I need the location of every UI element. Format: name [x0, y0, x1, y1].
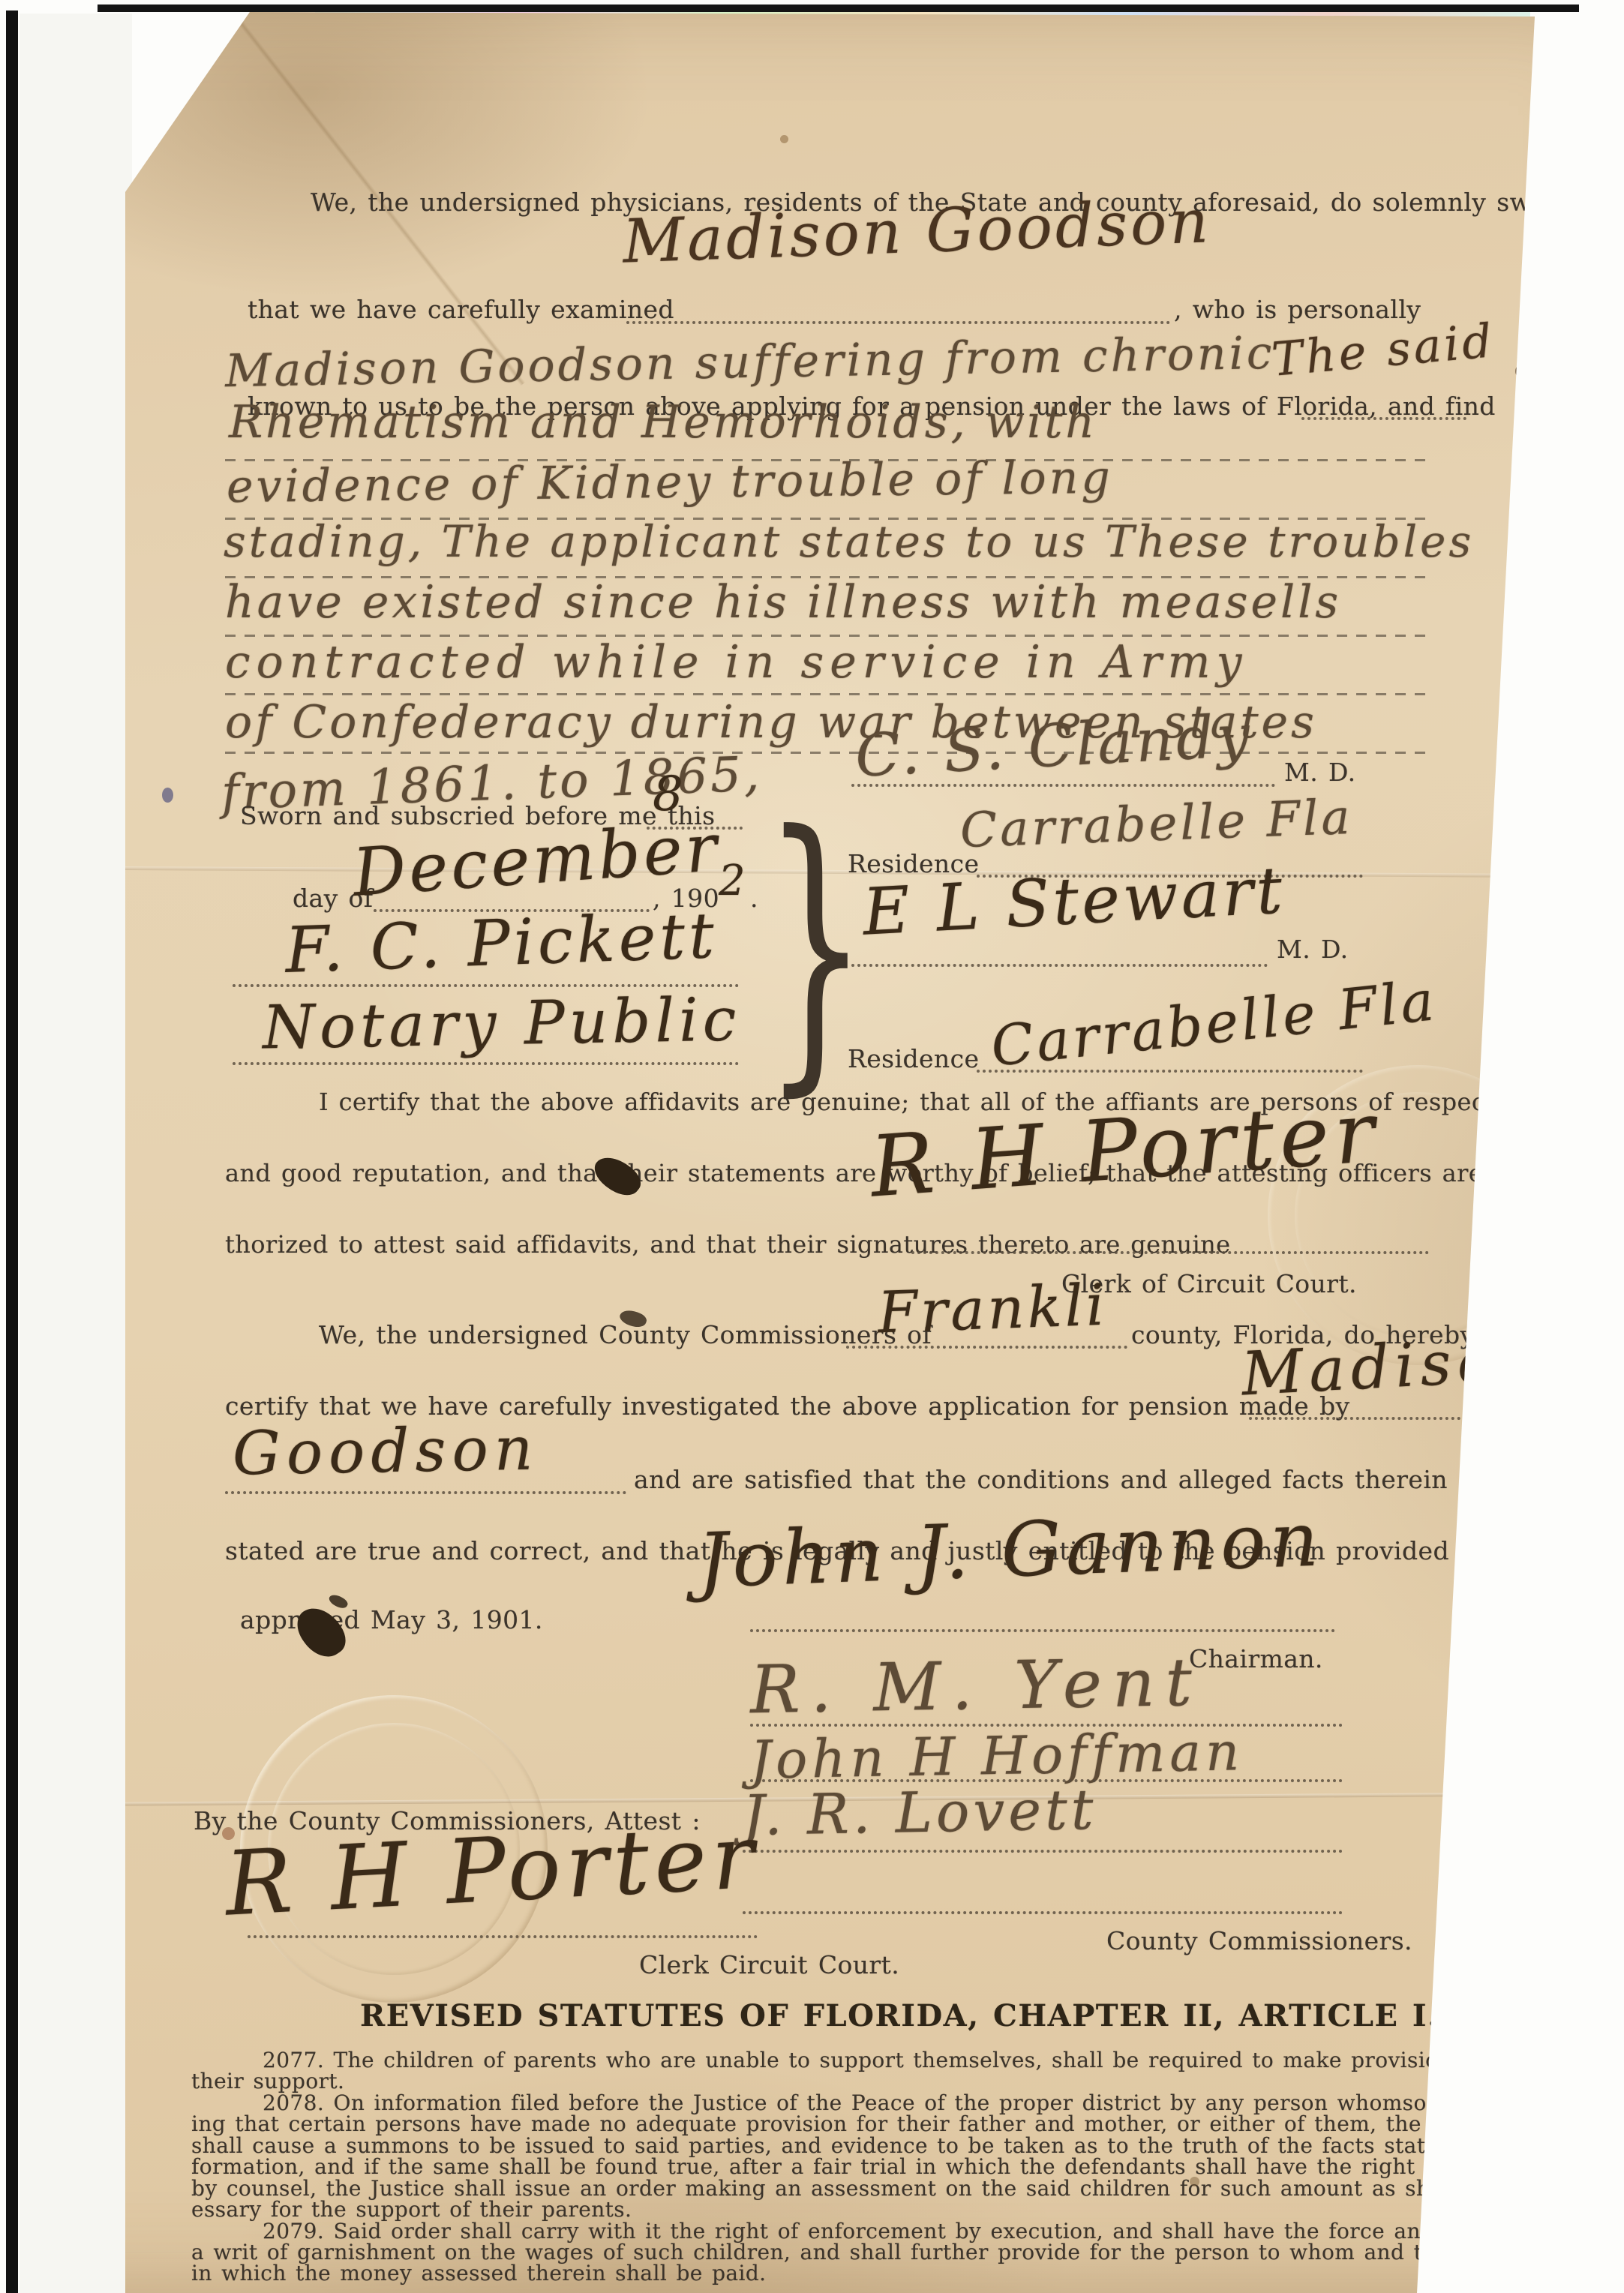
printed-attest-clerk-title: Clerk Circuit Court.: [639, 1950, 899, 1979]
printed-chairman-label: Chairman.: [1189, 1644, 1323, 1673]
dotted-line: [233, 1062, 739, 1065]
dotted-line: [846, 1346, 1127, 1349]
dotted-line: [1301, 417, 1466, 420]
dotted-line: [851, 964, 1268, 967]
printed-commissioners-line: and are satisfied that the conditions an…: [634, 1465, 1448, 1494]
signature-commissioner-chairman: John J. Gannon: [696, 1495, 1324, 1604]
handwritten-applicant-first: Madison: [1240, 1324, 1545, 1409]
printed-line-examined-post: , who is personally: [1174, 295, 1421, 324]
printed-md-label: M. D.: [1277, 935, 1349, 964]
dotted-line: [225, 1491, 626, 1494]
ink-blot: [589, 1149, 647, 1203]
handwritten-finding-line: Madison Goodson suffering from chronic: [224, 327, 1274, 398]
handwritten-applicant-last: Goodson: [232, 1413, 539, 1488]
pension-affidavit-scan: We, the undersigned physicians, resident…: [0, 0, 1624, 2293]
handwritten-finding-line: contracted while in service in Army: [225, 636, 1247, 689]
statutes-heading: REVISED STATUTES OF FLORIDA, CHAPTER II,…: [360, 1998, 1268, 2033]
stain-spot: [1190, 2177, 1199, 2186]
printed-commissioners-group-label: County Commissioners.: [1106, 1926, 1412, 1955]
dotted-line: [851, 784, 1275, 787]
dotted-line: [248, 1935, 758, 1938]
handwritten-residence-1: Carrabelle Fla: [959, 790, 1354, 859]
scanner-frame-top: [98, 5, 1579, 12]
handwritten-finding-line: stading, The applicant states to us Thes…: [224, 516, 1474, 567]
handwritten-finding-line: evidence of Kidney trouble of long: [227, 452, 1113, 513]
ink-spot: [1515, 366, 1523, 377]
statute-line: in which the money assessed therein shal…: [191, 2261, 766, 2285]
handwritten-county: Frankli: [877, 1271, 1109, 1346]
stain-spot: [780, 135, 788, 143]
printed-line-examined-pre: that we have carefully examined: [248, 295, 674, 324]
printed-md-label: M. D.: [1284, 758, 1356, 787]
signature-commissioner: J. R. Lovett: [742, 1778, 1097, 1848]
printed-residence-label: Residence: [848, 1044, 979, 1073]
dotted-line: [750, 1629, 1335, 1632]
statute-line: 2077. The children of parents who are un…: [263, 2048, 1504, 2072]
printed-approved-line: approved May 3, 1901.: [240, 1605, 543, 1634]
printed-year-period: .: [750, 884, 758, 913]
dotted-line: [1249, 1417, 1466, 1420]
printed-commissioners-line: We, the undersigned County Commissioners…: [319, 1320, 932, 1349]
handwritten-residence-2: Carrabelle Fla: [988, 968, 1439, 1079]
printed-certify-line: I certify that the above affidavits are …: [319, 1088, 1573, 1116]
signature-commissioner: R. M. Yent: [749, 1643, 1203, 1729]
dotted-line: [743, 1911, 1343, 1914]
stain-spot: [222, 1827, 235, 1840]
dashed-rule: [225, 693, 1433, 695]
signature-notary: F. C. Pickett: [284, 899, 719, 987]
dotted-line: [911, 1251, 1429, 1254]
scanner-frame-left: [6, 11, 18, 2293]
backing-sheet: [20, 14, 132, 2293]
handwritten-year-digit: 2: [719, 857, 749, 905]
handwritten-notary-title: Notary Public: [262, 984, 741, 1062]
document-paper: We, the undersigned physicians, resident…: [0, 0, 1624, 2293]
ink-spot-blue: [162, 788, 173, 803]
printed-certify-line: thorized to attest said affidavits, and …: [225, 1230, 1231, 1259]
handwritten-finding-line: Rhematism and Hemorhoids, with: [229, 396, 1097, 449]
dotted-line: [626, 321, 1170, 324]
dotted-line: [743, 1850, 1343, 1853]
handwritten-finding-line: have existed since his illness with meas…: [225, 576, 1341, 629]
